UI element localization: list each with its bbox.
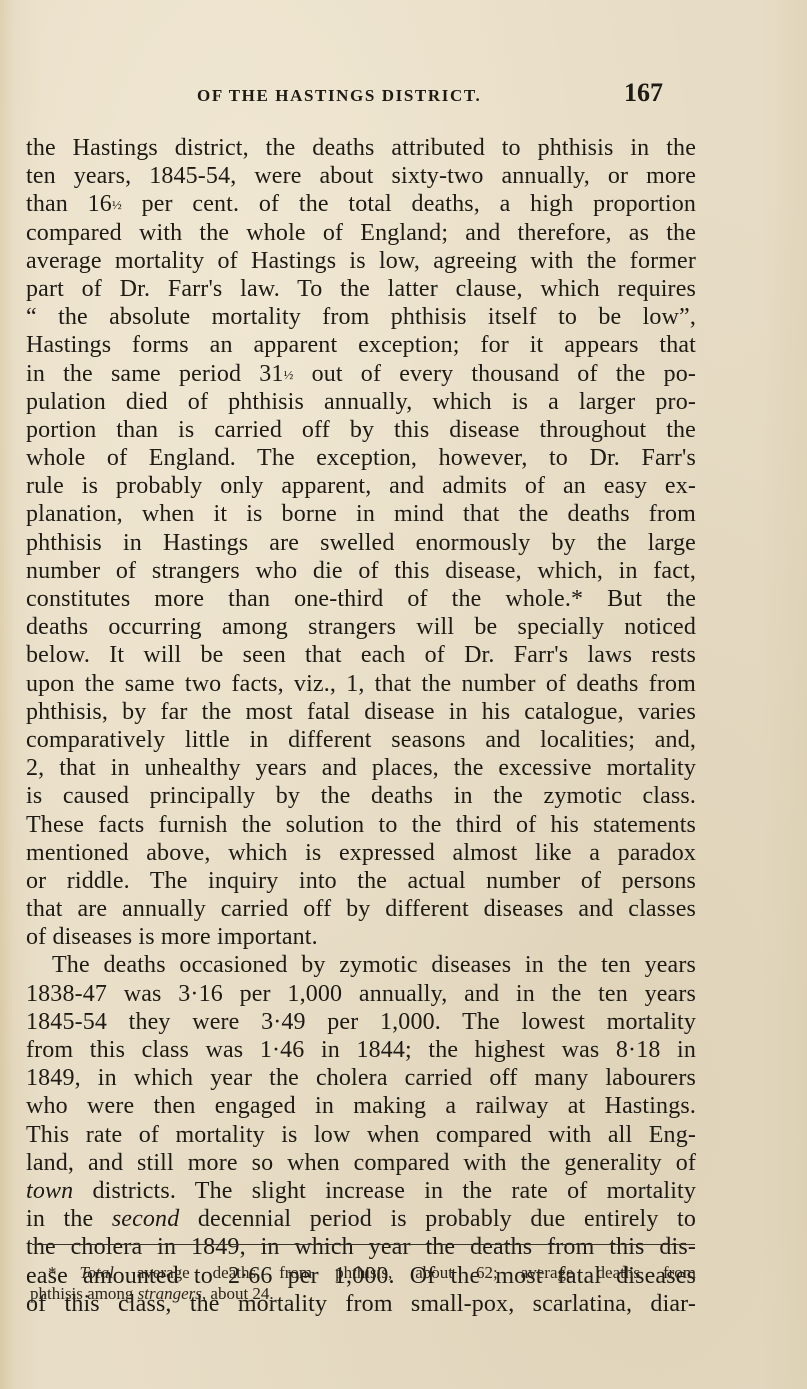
text-fragment: in the bbox=[26, 1206, 112, 1232]
text-line: compared with the whole of England; and … bbox=[26, 219, 696, 247]
footnote-line: phthisis among strangers, about 24. bbox=[30, 1283, 696, 1304]
text-line: planation, when it is borne in mind that… bbox=[26, 500, 696, 528]
text-fragment: than 16 bbox=[26, 191, 112, 217]
text-line: land, and still more so when compared wi… bbox=[26, 1149, 696, 1177]
text-fragment: decennial period is probably due entirel… bbox=[179, 1206, 696, 1232]
text-line: of diseases is more important. bbox=[26, 923, 696, 951]
text-line: constitutes more than one-third of the w… bbox=[26, 585, 696, 613]
text-line: from this class was 1·46 in 1844; the hi… bbox=[26, 1036, 696, 1064]
text-line: that are annually carried off by differe… bbox=[26, 895, 696, 923]
text-line: comparatively little in different season… bbox=[26, 726, 696, 754]
body-text: the Hastings district, the deaths attrib… bbox=[26, 134, 696, 1318]
text-line: the Hastings district, the deaths attrib… bbox=[26, 134, 696, 162]
page-number: 167 bbox=[624, 78, 663, 108]
text-line: number of strangers who die of this dise… bbox=[26, 557, 696, 585]
text-fragment: districts. The slight increase in the ra… bbox=[73, 1178, 696, 1204]
text-line: is caused principally by the deaths in t… bbox=[26, 782, 696, 810]
italic-word: town bbox=[26, 1178, 73, 1204]
italic-word: strangers bbox=[138, 1284, 202, 1303]
text-line: town districts. The slight increase in t… bbox=[26, 1177, 696, 1205]
italic-word: Total bbox=[80, 1263, 114, 1282]
footnote-line: * Total average deaths from phthisis, ab… bbox=[30, 1262, 696, 1283]
text-line: whole of England. The exception, however… bbox=[26, 444, 696, 472]
text-line: below. It will be seen that each of Dr. … bbox=[26, 641, 696, 669]
text-fragment: in the same period 31 bbox=[26, 361, 284, 387]
text-line: deaths occurring among strangers will be… bbox=[26, 613, 696, 641]
text-line: 2, that in unhealthy years and places, t… bbox=[26, 754, 696, 782]
text-fragment: per cent. of the total deaths, a high pr… bbox=[122, 191, 696, 217]
text-line: 1838-47 was 3·16 per 1,000 annually, and… bbox=[26, 980, 696, 1008]
text-line: pulation died of phthisis annually, whic… bbox=[26, 388, 696, 416]
text-line: phthisis in Hastings are swelled enormou… bbox=[26, 529, 696, 557]
text-line: 1849, in which year the cholera carried … bbox=[26, 1064, 696, 1092]
text-fragment: out of every thousand of the po- bbox=[293, 361, 696, 387]
text-line: Hastings forms an apparent exception; fo… bbox=[26, 331, 696, 359]
text-line: in the same period 31½ out of every thou… bbox=[26, 360, 696, 388]
text-line: rule is probably only apparent, and admi… bbox=[26, 472, 696, 500]
text-fragment: average deaths from phthisis, about 62; … bbox=[114, 1263, 696, 1282]
text-line: than 16½ per cent. of the total deaths, … bbox=[26, 190, 696, 218]
text-fragment: phthisis among bbox=[30, 1284, 138, 1303]
text-line: or riddle. The inquiry into the actual n… bbox=[26, 867, 696, 895]
text-line: part of Dr. Farr's law. To the latter cl… bbox=[26, 275, 696, 303]
footnote-marker: * bbox=[48, 1263, 57, 1282]
book-page: OF THE HASTINGS DISTRICT. 167 the Hastin… bbox=[0, 0, 807, 1389]
text-line: “ the absolute mortality from phthisis i… bbox=[26, 303, 696, 331]
text-line: This rate of mortality is low when compa… bbox=[26, 1121, 696, 1149]
text-line: in the second decennial period is probab… bbox=[26, 1205, 696, 1233]
text-line: 1845-54 they were 3·49 per 1,000. The lo… bbox=[26, 1008, 696, 1036]
running-title: OF THE HASTINGS DISTRICT. bbox=[197, 86, 481, 106]
text-line: who were then engaged in making a railwa… bbox=[26, 1092, 696, 1120]
paragraph-start-line: The deaths occasioned by zymotic disease… bbox=[26, 951, 696, 979]
footnote: * Total average deaths from phthisis, ab… bbox=[30, 1262, 696, 1304]
text-fragment: , about 24. bbox=[202, 1284, 274, 1303]
fraction-half: ½ bbox=[284, 368, 294, 381]
text-line: These facts furnish the solution to the … bbox=[26, 811, 696, 839]
text-line: average mortality of Hastings is low, ag… bbox=[26, 247, 696, 275]
text-line: phthisis, by far the most fatal disease … bbox=[26, 698, 696, 726]
running-head: OF THE HASTINGS DISTRICT. 167 bbox=[0, 86, 807, 116]
text-line: mentioned above, which is expressed almo… bbox=[26, 839, 696, 867]
text-line: the cholera in 1849, in which year the d… bbox=[26, 1233, 696, 1261]
footnote-divider bbox=[32, 1244, 695, 1245]
fraction-half: ½ bbox=[112, 198, 122, 211]
text-line: portion than is carried off by this dise… bbox=[26, 416, 696, 444]
text-line: upon the same two facts, viz., 1, that t… bbox=[26, 670, 696, 698]
italic-word: second bbox=[112, 1206, 180, 1232]
text-line: ten years, 1845-54, were about sixty-two… bbox=[26, 162, 696, 190]
